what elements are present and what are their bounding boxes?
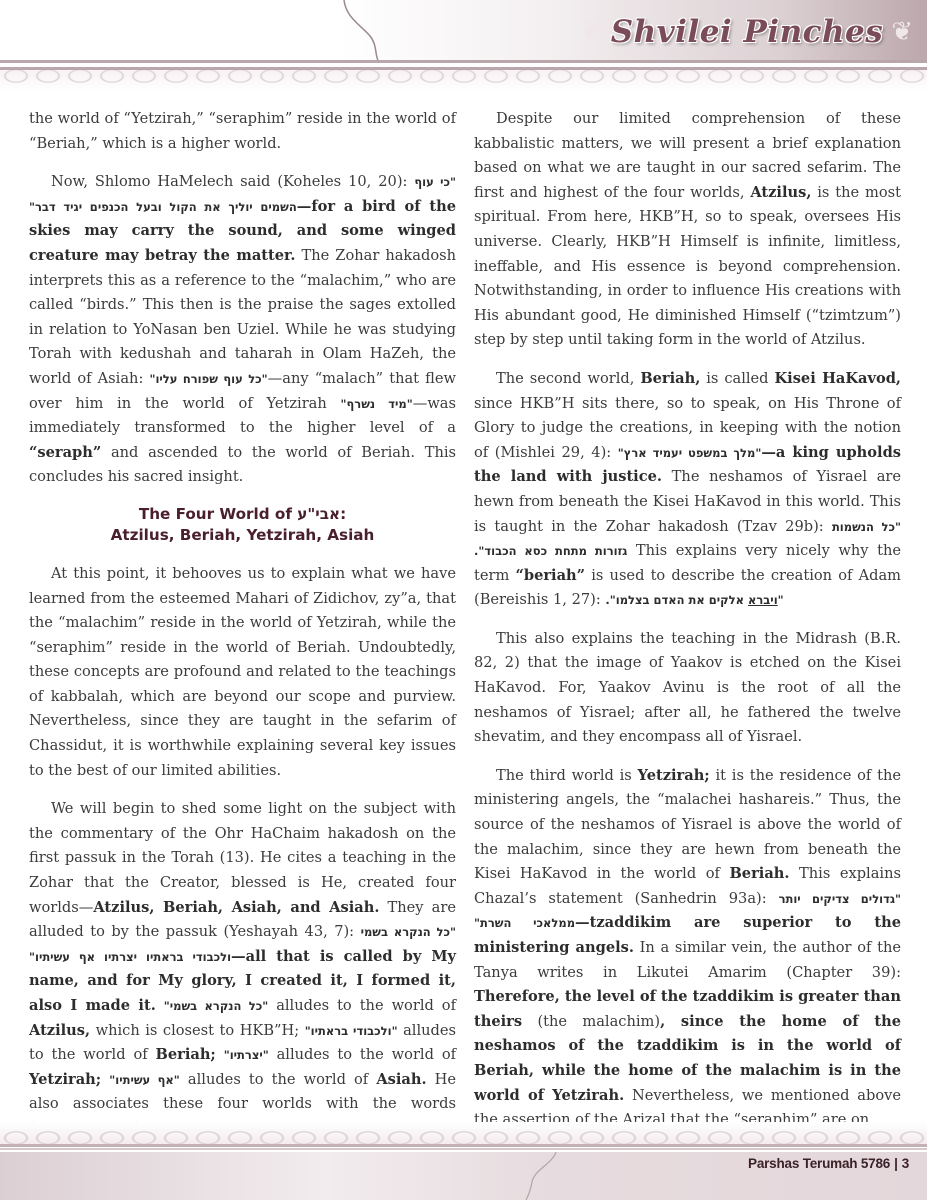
hebrew-quote: "כל הנקרא בשמי" xyxy=(164,999,268,1013)
hebrew-underlined-word: ויברא xyxy=(748,593,778,607)
body-text: is the most spiritual. From here, HKB”H,… xyxy=(474,184,901,349)
section-heading-line1: The Four World of אבי"ע: xyxy=(29,504,456,525)
hebrew-quote: "מיד נשרף" xyxy=(341,397,413,411)
publication-issue: Parshas Terumah 5786 xyxy=(748,1156,890,1171)
paragraph: This also explains the teaching in the M… xyxy=(474,627,901,750)
bold-term: Atzilus, xyxy=(29,1022,90,1039)
bold-term: Asiah. xyxy=(376,1071,426,1088)
body-text xyxy=(216,1046,224,1063)
scroll-ornament-icon: ❦ xyxy=(891,19,913,45)
hebrew-quote-text: אלקים את האדם בצלמו". xyxy=(605,593,748,607)
page-header: ❦ Shvilei Pinches ❦ xyxy=(0,0,927,100)
section-heading: The Four World of אבי"ע: Atzilus, Beriah… xyxy=(29,504,456,546)
hebrew-quote-mark: " xyxy=(778,593,784,607)
header-curve-decoration xyxy=(340,0,420,64)
scroll-ornament-icon: ❦ xyxy=(581,19,603,45)
publication-title: Shvilei Pinches xyxy=(611,14,884,50)
page-number: 3 xyxy=(902,1156,909,1171)
body-text: The third world is xyxy=(496,767,638,784)
footer-ornament-border xyxy=(0,1122,927,1144)
bold-term: Beriah; xyxy=(156,1046,216,1063)
bold-term: Kisei HaKavod, xyxy=(774,370,901,387)
heading-hebrew: אבי"ע xyxy=(297,505,340,523)
bold-term: Beriah, xyxy=(640,370,700,387)
footer-rule xyxy=(0,1144,927,1147)
body-text: At this point, it behooves us to explain… xyxy=(29,565,456,779)
hebrew-quote: "מלך במשפט יעמיד ארץ" xyxy=(618,446,762,460)
bold-term: Beriah. xyxy=(729,865,789,882)
bold-term: Yetzirah; xyxy=(29,1071,101,1088)
hebrew-quote: "ולכבודי בראתיו" xyxy=(305,1024,398,1038)
left-column: the world of “Yetzirah,” “seraphim” resi… xyxy=(29,107,456,1156)
bold-term: “seraph” xyxy=(29,444,101,461)
bold-term: Atzilus, xyxy=(750,184,811,201)
section-heading-line2: Atzilus, Beriah, Yetzirah, Asiah xyxy=(29,525,456,546)
bold-term: Yetzirah; xyxy=(638,767,710,784)
body-text: The Zohar hakadosh interprets this as a … xyxy=(29,247,456,387)
body-text: (the malachim) xyxy=(522,1013,660,1030)
page-footer: Parshas Terumah 5786|3 xyxy=(748,1156,909,1171)
hebrew-quote: "אף עשיתיו" xyxy=(109,1073,180,1087)
hebrew-quote: "יצרתיו" xyxy=(224,1048,269,1062)
body-text: The second world, xyxy=(496,370,640,387)
body-text: the world of “Yetzirah,” “seraphim” resi… xyxy=(29,110,456,152)
hebrew-quote: "כל עוף שפורח עליו" xyxy=(149,372,267,386)
body-text xyxy=(156,997,164,1014)
paragraph: We will begin to shed some light on the … xyxy=(29,797,456,1141)
body-text: alludes to the world of xyxy=(268,997,456,1014)
body-text: is called xyxy=(700,370,774,387)
heading-text: : xyxy=(340,505,346,523)
body-text: This also explains the teaching in the M… xyxy=(474,630,901,745)
footer-rule xyxy=(0,1148,927,1150)
footer-curve-decoration xyxy=(520,1152,580,1200)
header-ornament-border xyxy=(0,70,927,92)
body-text: alludes to the world of xyxy=(269,1046,456,1063)
right-column: Despite our limited comprehension of the… xyxy=(474,107,901,1147)
body-text: alludes to the world of xyxy=(180,1071,377,1088)
bold-term: “beriah” xyxy=(515,567,585,584)
body-text: which is closest to HKB”H; xyxy=(90,1022,305,1039)
bold-term: Atzilus, Beriah, Asiah, and Asiah. xyxy=(93,899,379,916)
heading-text: The Four World of xyxy=(139,505,297,523)
paragraph: The third world is Yetzirah; it is the r… xyxy=(474,764,901,1133)
paragraph: Now, Shlomo HaMelech said (Koheles 10, 2… xyxy=(29,170,456,490)
header-title-group: ❦ Shvilei Pinches ❦ xyxy=(581,8,913,56)
body-text: Now, Shlomo HaMelech said (Koheles 10, 2… xyxy=(51,173,414,190)
paragraph: Despite our limited comprehension of the… xyxy=(474,107,901,353)
paragraph: the world of “Yetzirah,” “seraphim” resi… xyxy=(29,107,456,156)
hebrew-quote: "ויברא אלקים את האדם בצלמו". xyxy=(605,593,783,607)
footer-separator: | xyxy=(894,1156,898,1171)
paragraph: The second world, Beriah, is called Kise… xyxy=(474,367,901,613)
paragraph: At this point, it behooves us to explain… xyxy=(29,562,456,783)
